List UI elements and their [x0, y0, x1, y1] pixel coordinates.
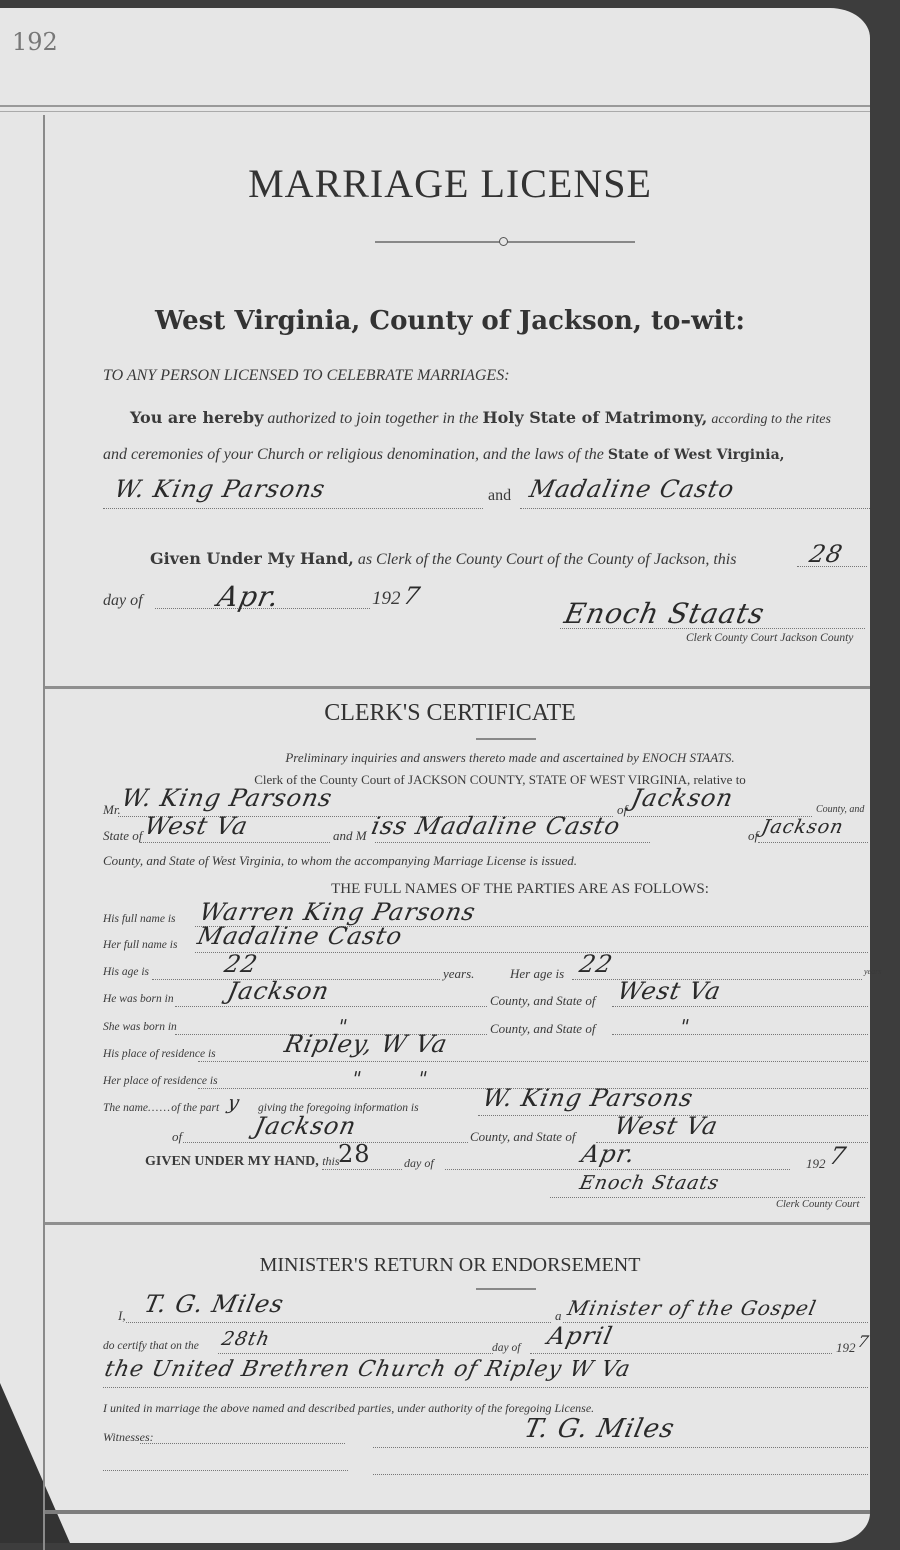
minister-month-line — [530, 1353, 832, 1354]
mr-state-field[interactable]: West Va — [142, 812, 251, 840]
informant-of-label: of — [172, 1129, 182, 1145]
miss-name-field[interactable]: iss Madaline Casto — [369, 812, 623, 840]
her-full-name-label: Her full name is — [103, 939, 177, 951]
given-under-hand-line: Given Under My Hand, as Clerk of the Cou… — [150, 549, 736, 569]
section-divider-1 — [45, 686, 870, 689]
minister-day-field[interactable]: 28th — [220, 1328, 273, 1350]
and-m-label: and M — [333, 828, 367, 844]
place-line — [103, 1387, 868, 1388]
authorization-mid: authorized to join together in the — [267, 410, 478, 427]
minister-day-of-label: day of — [492, 1342, 520, 1354]
year-prefix: 192 — [372, 588, 401, 610]
cert-day-line — [322, 1169, 402, 1170]
minister-i-label: I, — [118, 1308, 126, 1324]
her-full-name-line — [195, 952, 868, 953]
her-age-field[interactable]: 22 — [577, 950, 615, 978]
minister-title-field[interactable]: Minister of the Gospel — [565, 1296, 819, 1320]
years-label: years. — [443, 966, 474, 982]
he-born-county-field[interactable]: Jackson — [225, 977, 332, 1005]
page-corner-shadow — [0, 1383, 70, 1543]
miss-county-field[interactable]: Jackson — [760, 816, 846, 838]
informant-county-line — [183, 1142, 468, 1143]
given-under-hand-lead: Given Under My Hand, — [150, 549, 354, 568]
county-and-label: County, and — [816, 804, 864, 815]
mr-name-field[interactable]: W. King Parsons — [119, 784, 335, 812]
minister-name-field[interactable]: T. G. Miles — [142, 1290, 287, 1318]
clerk-certificate-title: CLERK'S CERTIFICATE — [0, 700, 900, 727]
informant-line: The name......of the part — [103, 1102, 219, 1114]
groom-name-line — [103, 508, 483, 509]
preliminary-line: Preliminary inquiries and answers theret… — [0, 750, 900, 766]
his-residence-label: His place of residence is — [103, 1048, 216, 1060]
her-residence-label: Her place of residence is — [103, 1075, 218, 1087]
informant-state-field[interactable]: West Va — [612, 1112, 721, 1140]
clerk-title-rule — [476, 738, 536, 740]
he-born-state-line — [612, 1006, 868, 1007]
county-state-of-label-2: County, and State of — [490, 1021, 595, 1037]
her-age-label: Her age is — [510, 966, 564, 982]
section-divider-2 — [45, 1222, 870, 1225]
day-of-label: day of — [103, 592, 143, 610]
informant-name-field[interactable]: W. King Parsons — [480, 1084, 696, 1112]
minister-signature-line — [373, 1447, 868, 1448]
minister-name-line — [126, 1322, 551, 1323]
miss-name-line — [375, 842, 650, 843]
informant-county-state-label: County, and State of — [470, 1129, 575, 1145]
united-in-marriage-line: I united in marriage the above named and… — [103, 1401, 594, 1416]
given-under-hand-text: as Clerk of the County Court of the Coun… — [358, 551, 737, 568]
years-label-2: years — [864, 967, 881, 976]
he-born-label: He was born in — [103, 993, 174, 1005]
minister-title-rule — [476, 1288, 536, 1290]
clerk-signature: Enoch Staats — [561, 597, 767, 630]
cert-given-line: GIVEN UNDER MY HAND, this — [145, 1154, 340, 1170]
minister-return-title: MINISTER'S RETURN OR ENDORSEMENT — [0, 1254, 900, 1277]
he-born-county-line — [175, 1006, 487, 1007]
cert-day-field[interactable]: 28 — [338, 1140, 371, 1168]
bride-name-line — [520, 508, 870, 509]
certify-label: do certify that on the — [103, 1340, 199, 1352]
address-line: TO ANY PERSON LICENSED TO CELEBRATE MARR… — [103, 367, 510, 385]
and-label: and — [488, 487, 511, 505]
cert-day-of-label: day of — [404, 1156, 434, 1171]
mr-state-line — [140, 842, 330, 843]
his-full-name-label: His full name is — [103, 913, 176, 925]
he-born-state-field[interactable]: West Va — [615, 977, 724, 1005]
authorization-line-1: You are hereby authorized to join togeth… — [130, 408, 831, 428]
page-number: 192 — [12, 28, 58, 56]
his-age-label: His age is — [103, 966, 149, 978]
his-age-field[interactable]: 22 — [222, 950, 260, 978]
authorization-line2-text: and ceremonies of your Church or religio… — [103, 446, 604, 463]
minister-day-line — [218, 1353, 493, 1354]
miss-county-line — [758, 842, 868, 843]
state-of-label: State of — [103, 828, 142, 844]
jurisdiction-heading: West Virginia, County of Jackson, to-wit… — [0, 306, 900, 336]
authorization-holy-state: Holy State of Matrimony, — [482, 408, 707, 427]
authorization-lead: You are hereby — [130, 408, 263, 427]
cert-clerk-signature: Enoch Staats — [578, 1172, 722, 1194]
authorization-line-2: and ceremonies of your Church or religio… — [103, 446, 785, 464]
his-residence-line — [198, 1061, 868, 1062]
month-field[interactable]: Apr. — [214, 580, 282, 613]
clerk-caption: Clerk County Court Jackson County — [686, 632, 853, 644]
bottom-rule — [45, 1510, 870, 1514]
she-born-label: She was born in — [103, 1021, 177, 1033]
county-state-line: County, and State of West Virginia, to w… — [103, 853, 577, 869]
authorization-state-wv: State of West Virginia, — [608, 447, 785, 463]
cert-year-prefix: 192 — [806, 1156, 826, 1172]
minister-signature: T. G. Miles — [522, 1414, 678, 1444]
minister-signature-line-2 — [373, 1474, 868, 1475]
witness-1-line[interactable] — [140, 1443, 345, 1444]
informant-county-field[interactable]: Jackson — [252, 1112, 359, 1140]
minister-year-prefix: 192 — [836, 1340, 856, 1356]
his-residence-field[interactable]: Ripley, W Va — [282, 1030, 450, 1058]
place-field[interactable]: the United Brethren Church of Ripley W V… — [102, 1357, 633, 1382]
bride-name-field[interactable]: Madaline Casto — [527, 475, 737, 503]
cert-clerk-caption: Clerk County Court — [776, 1199, 859, 1210]
authorization-tail: according to the rites — [711, 412, 831, 427]
parties-heading: THE FULL NAMES OF THE PARTIES ARE AS FOL… — [0, 881, 900, 898]
cert-month-field[interactable]: Apr. — [579, 1140, 638, 1168]
groom-name-field[interactable]: W. King Parsons — [112, 475, 328, 503]
given-day-field[interactable]: 28 — [807, 540, 845, 568]
she-born-state-line — [612, 1034, 868, 1035]
cert-month-line — [445, 1169, 790, 1170]
title-ornament-dot — [499, 237, 508, 246]
witness-2-line[interactable] — [103, 1470, 348, 1471]
cert-clerk-signature-line — [550, 1197, 865, 1198]
her-full-name-field[interactable]: Madaline Casto — [195, 922, 405, 950]
top-double-rule — [0, 105, 870, 112]
of-label-2: of — [748, 828, 758, 844]
mr-county-field[interactable]: Jackson — [629, 784, 736, 812]
license-title: MARRIAGE LICENSE — [0, 160, 900, 207]
minister-month-field[interactable]: April — [545, 1322, 615, 1350]
county-state-of-label: County, and State of — [490, 993, 595, 1009]
